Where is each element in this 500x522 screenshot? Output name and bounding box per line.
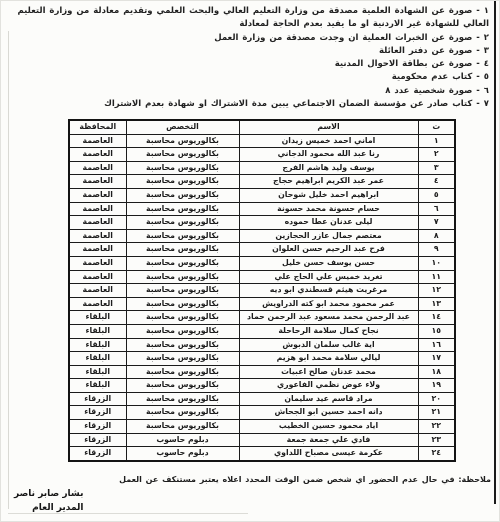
requirement-item: ٣ - صورة عن دفتر العائلة [15,45,489,58]
cell-specialty: بكالوريوس محاسبة [126,229,239,243]
cell-name: تغريد خميس علي الحاج علي [239,270,418,284]
cell-num: ١٤ [418,311,455,325]
cell-num: ٢٠ [418,392,455,406]
cell-num: ١٢ [418,284,455,298]
table-row: ٢١دانه احمد حسين ابو الجحاشبكالوريوس محا… [69,406,455,420]
cell-name: فادي علي جمعة جمعة [239,433,418,447]
signature-block: بشار صابر ناصر المدير العام [14,487,83,515]
cell-num: ١٥ [418,324,455,338]
cell-governorate: العاصمة [69,175,126,189]
cell-specialty: بكالوريوس محاسبة [126,379,239,393]
cell-governorate: البلقاء [69,324,126,338]
cell-governorate: الزرقاء [69,392,126,406]
cell-name: ابراهيم احمد خليل شوحان [239,188,418,202]
cell-governorate: الزرقاء [69,433,126,447]
requirement-item: ٦ - صورة شخصية عدد ٨ [15,85,489,98]
table-row: ١٥نجاح كمال سلامة الرحاحلةبكالوريوس محاس… [69,324,455,338]
cell-governorate: العاصمة [69,134,126,148]
cell-name: عبد الرحمن محمد مسعود عبد الرحمن حماد [239,311,418,325]
requirement-item: ٧ - كتاب صادر عن مؤسسة الضمان الاجتماعي … [15,98,489,111]
cell-name: نجاح كمال سلامة الرحاحلة [239,324,418,338]
cell-num: ١ [418,134,455,148]
cell-num: ١٣ [418,297,455,311]
cell-specialty: بكالوريوس محاسبة [126,175,239,189]
cell-name: اماني احمد خميس زيدان [239,134,418,148]
cell-name: ليالي سلامة محمد ابو هزيم [239,352,418,366]
cell-name: حسام حسونة محمد حسونة [239,202,418,216]
cell-num: ٢١ [418,406,455,420]
cell-governorate: الزرقاء [69,420,126,434]
table-row: ٧ليلى عدنان عطا حمودهبكالوريوس محاسبةالع… [69,216,455,230]
cell-num: ١٠ [418,256,455,270]
cell-name: عمر عبد الكريم ابراهيم حجاج [239,175,418,189]
cell-name: اية غالب سلمان الدبوش [239,338,418,352]
table-row: ٥ابراهيم احمد خليل شوحانبكالوريوس محاسبة… [69,188,455,202]
cell-governorate: البلقاء [69,379,126,393]
cell-name: مرغريت هيثم قسطندي ابو ديه [239,284,418,298]
signature-title: المدير العام [14,501,83,515]
cell-governorate: البلقاء [69,338,126,352]
cell-name: فرح عبد الرحيم حسن العلوان [239,243,418,257]
cell-name: معتصم جمال عازر الحجازين [239,229,418,243]
cell-governorate: البلقاء [69,365,126,379]
cell-specialty: بكالوريوس محاسبة [126,148,239,162]
table-row: ٣يوسف وليد هاشم الفرجبكالوريوس محاسبةالع… [69,161,455,175]
cell-num: ٢ [418,148,455,162]
cell-name: اياد محمود حسين الخطيب [239,420,418,434]
requirement-item: ٥ - كتاب عدم محكومية [15,71,489,84]
cell-num: ٢٢ [418,420,455,434]
cell-num: ٤ [418,175,455,189]
cell-governorate: العاصمة [69,161,126,175]
cell-name: رنا عبد الله محمود الدجاني [239,148,418,162]
cell-governorate: العاصمة [69,256,126,270]
table-row: ٩فرح عبد الرحيم حسن العلوانبكالوريوس محا… [69,243,455,257]
footnote: ملاحظة: في حال عدم الحضور اي شخص ضمن الو… [119,475,491,484]
cell-specialty: بكالوريوس محاسبة [126,188,239,202]
cell-specialty: بكالوريوس محاسبة [126,161,239,175]
cell-name: مراد قاسم عيد سليمان [239,392,418,406]
cell-num: ٧ [418,216,455,230]
header-specialty: التخصص [126,120,239,134]
cell-name: عمر محمود محمد ابو كته الدراويش [239,297,418,311]
requirement-item: ٤ - صورة عن بطاقة الاحوال المدنية [15,58,489,71]
cell-specialty: بكالوريوس محاسبة [126,243,239,257]
table-row: ١٣عمر محمود محمد ابو كته الدراويشبكالوري… [69,297,455,311]
cell-specialty: بكالوريوس محاسبة [126,392,239,406]
cell-num: ٩ [418,243,455,257]
table-header-row: ت الاسم التخصص المحافظة [69,120,455,134]
cell-num: ٥ [418,188,455,202]
cell-num: ١٦ [418,338,455,352]
cell-num: ١٩ [418,379,455,393]
cell-name: دانه احمد حسين ابو الجحاش [239,406,418,420]
table-row: ١٤عبد الرحمن محمد مسعود عبد الرحمن حمادب… [69,311,455,325]
cell-governorate: العاصمة [69,229,126,243]
cell-num: ٢٣ [418,433,455,447]
page-right-border [494,1,496,504]
table-row: ٢٠مراد قاسم عيد سليمانبكالوريوس محاسبةال… [69,392,455,406]
cell-governorate: العاصمة [69,284,126,298]
cell-specialty: دبلوم حاسوب [126,433,239,447]
header-name: الاسم [239,120,418,134]
cell-num: ٢٤ [418,447,455,461]
cell-name: يوسف وليد هاشم الفرج [239,161,418,175]
cell-governorate: العاصمة [69,202,126,216]
cell-specialty: بكالوريوس محاسبة [126,311,239,325]
cell-specialty: بكالوريوس محاسبة [126,420,239,434]
cell-specialty: بكالوريوس محاسبة [126,270,239,284]
cell-name: حسن يوسف حسن خليل [239,256,418,270]
cell-specialty: بكالوريوس محاسبة [126,297,239,311]
table-row: ١٦اية غالب سلمان الدبوشبكالوريوس محاسبةا… [69,338,455,352]
header-governorate: المحافظة [69,120,126,134]
cell-name: محمد عدنان صالح اعبيات [239,365,418,379]
table-row: ١١تغريد خميس علي الحاج عليبكالوريوس محاس… [69,270,455,284]
page-left-edge [8,31,9,509]
cell-num: ٨ [418,229,455,243]
cell-specialty: بكالوريوس محاسبة [126,256,239,270]
cell-governorate: العاصمة [69,188,126,202]
table-row: ٤عمر عبد الكريم ابراهيم حجاجبكالوريوس مح… [69,175,455,189]
cell-governorate: العاصمة [69,216,126,230]
table-row: ١٠حسن يوسف حسن خليلبكالوريوس محاسبةالعاص… [69,256,455,270]
cell-governorate: البلقاء [69,352,126,366]
cell-name: ولاء عوض نظمي الفاعوري [239,379,418,393]
cell-governorate: البلقاء [69,311,126,325]
table-row: ٢٢اياد محمود حسين الخطيببكالوريوس محاسبة… [69,420,455,434]
signature-name: بشار صابر ناصر [14,487,83,501]
cell-governorate: الزرقاء [69,447,126,461]
cell-name: عكرمة عيسى مصباح اللداوي [239,447,418,461]
roster-table-body: ١اماني احمد خميس زيدانبكالوريوس محاسبةال… [69,134,455,461]
requirement-item: ٢ - صورة عن الخبرات العملية ان وجدت مصدق… [15,32,489,45]
table-row: ٦حسام حسونة محمد حسونةبكالوريوس محاسبةال… [69,202,455,216]
cell-governorate: العاصمة [69,243,126,257]
header-num: ت [418,120,455,134]
table-row: ١٩ولاء عوض نظمي الفاعوريبكالوريوس محاسبة… [69,379,455,393]
cell-specialty: بكالوريوس محاسبة [126,338,239,352]
cell-specialty: بكالوريوس محاسبة [126,365,239,379]
cell-governorate: الزرقاء [69,406,126,420]
cell-specialty: بكالوريوس محاسبة [126,216,239,230]
table-row: ٢رنا عبد الله محمود الدجانيبكالوريوس محا… [69,148,455,162]
cell-specialty: بكالوريوس محاسبة [126,134,239,148]
cell-specialty: بكالوريوس محاسبة [126,352,239,366]
cell-governorate: العاصمة [69,297,126,311]
roster-table: ت الاسم التخصص المحافظة ١اماني احمد خميس… [68,119,456,462]
table-row: ٢٤عكرمة عيسى مصباح اللداويدبلوم حاسوبالز… [69,447,455,461]
table-row: ١٧ليالي سلامة محمد ابو هزيمبكالوريوس محا… [69,352,455,366]
table-row: ٢٣فادي علي جمعة جمعةدبلوم حاسوبالزرقاء [69,433,455,447]
requirements-list: ١ - صورة عن الشهادة العلمية مصدقة من وزا… [15,5,489,111]
cell-specialty: بكالوريوس محاسبة [126,284,239,298]
document-page: ١ - صورة عن الشهادة العلمية مصدقة من وزا… [0,0,500,522]
cell-specialty: بكالوريوس محاسبة [126,324,239,338]
cell-num: ١٨ [418,365,455,379]
cell-governorate: العاصمة [69,270,126,284]
table-row: ٨معتصم جمال عازر الحجازينبكالوريوس محاسب… [69,229,455,243]
cell-specialty: بكالوريوس محاسبة [126,406,239,420]
cell-num: ٣ [418,161,455,175]
table-row: ١٨محمد عدنان صالح اعبياتبكالوريوس محاسبة… [69,365,455,379]
table-row: ١اماني احمد خميس زيدانبكالوريوس محاسبةال… [69,134,455,148]
cell-governorate: العاصمة [69,148,126,162]
table-row: ١٢مرغريت هيثم قسطندي ابو ديهبكالوريوس مح… [69,284,455,298]
cell-specialty: بكالوريوس محاسبة [126,202,239,216]
cell-name: ليلى عدنان عطا حموده [239,216,418,230]
cell-num: ١١ [418,270,455,284]
cell-num: ١٧ [418,352,455,366]
cell-num: ٦ [418,202,455,216]
requirement-item: ١ - صورة عن الشهادة العلمية مصدقة من وزا… [15,5,489,32]
cell-specialty: دبلوم حاسوب [126,447,239,461]
